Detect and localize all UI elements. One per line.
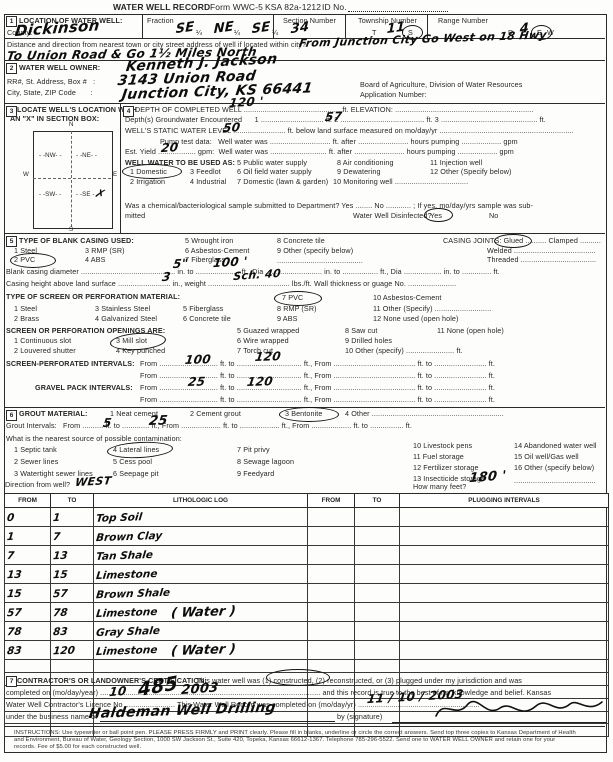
screen-interval-line-2: From ............................ ft. to…	[140, 372, 495, 380]
gravel-interval-line-1: From ............................ ft. to…	[140, 384, 495, 392]
contamination-option: 6 Seepage pit	[113, 470, 159, 478]
divider	[4, 60, 605, 61]
used-option: 4 Industrial	[190, 178, 226, 186]
casing-option: 4 ABS	[85, 256, 105, 264]
grout-option: 1 Neat cement	[110, 410, 158, 418]
casing-diameter-line: Blank casing diameter ..................…	[6, 268, 500, 276]
log-to: 1	[52, 513, 60, 523]
log-header-lithologic: LITHOLOGIC LOG	[94, 494, 308, 508]
gravel-interval-line-2: From ............................ ft. to…	[140, 396, 495, 404]
compass-w: W	[23, 172, 29, 179]
signature-label: by (signature)	[337, 713, 382, 721]
pump-test-line: Pump test data: Well water was .........…	[160, 138, 518, 146]
compass-e: E	[113, 172, 117, 179]
section-box-vertical	[71, 131, 72, 227]
owner-city-label: City, State, ZIP Code :	[7, 89, 93, 97]
screen-option: 1 Steel	[14, 305, 37, 313]
owner-address-label: RR#, St. Address, Box # :	[7, 78, 95, 86]
screen-option: 10 Asbestos-Cement	[373, 294, 442, 302]
divider	[4, 233, 605, 234]
section-7-number: 7	[6, 676, 17, 687]
screen-option: 12 None used (open hole)	[373, 315, 459, 323]
section-2-number: 2	[6, 63, 17, 74]
opening-option: 10 Other (specify) .....................…	[345, 347, 463, 355]
form-number: Form WWC-5	[210, 3, 263, 12]
divider	[4, 407, 605, 408]
board-of-agriculture-label: Board of Agriculture, Division of Water …	[360, 81, 522, 89]
screen-interval-line-1: From ............................ ft. to…	[140, 360, 495, 368]
id-no-label: ID No.	[322, 3, 347, 12]
log-desc: Limestone	[95, 569, 157, 581]
opening-option: 6 Wire wrapped	[237, 337, 289, 345]
log-note: ( Water )	[171, 607, 237, 619]
contamination-option: 14 Abandoned water well	[514, 442, 597, 450]
log-row: 1557Brown Shale	[5, 584, 609, 603]
divider	[427, 14, 428, 38]
range-w: W	[547, 29, 554, 37]
screen-option: 7 PVC	[282, 294, 303, 302]
township-s: S	[408, 29, 413, 37]
log-to: 57	[52, 589, 68, 600]
range-e: E	[537, 29, 542, 37]
log-row: 83120Limestone( Water )	[5, 641, 609, 660]
section-6-number: 6	[6, 410, 17, 421]
contamination-option: 11 Fuel storage	[413, 453, 464, 461]
casing-option: 5 Wrought iron	[185, 237, 233, 245]
log-note: ( Water )	[171, 645, 237, 657]
log-row: 01Top Soil	[5, 508, 609, 527]
log-header-from: FROM	[5, 494, 51, 508]
quadrant-ne: - -NE- -	[76, 153, 97, 160]
county-label: County:	[7, 29, 32, 37]
quarter-mark: ¼	[196, 29, 202, 37]
certification-line-1: This water well was (1) constructed, (2)…	[196, 677, 522, 685]
quarter-mark: ¼	[272, 29, 278, 37]
log-from: 78	[6, 627, 22, 638]
log-desc: Brown Shale	[95, 588, 170, 601]
section-box	[33, 131, 113, 229]
log-row	[5, 660, 609, 673]
section-number-label: Section Number	[283, 17, 336, 25]
opening-option: 1 Continuous slot	[14, 337, 71, 345]
sample-question-wrap: mitted	[125, 212, 145, 220]
s3-heading-2: AN "X" IN SECTION BOX:	[10, 115, 99, 123]
screen-option: 3 Stainless Steel	[95, 305, 150, 313]
compass-s: S	[69, 227, 73, 234]
casing-height-line: Casing height above land surface .......…	[6, 280, 456, 288]
used-option: 9 Dewatering	[337, 168, 381, 176]
water-well-record-form: WATER WELL RECORD Form WWC-5 KSA 82a-121…	[0, 0, 613, 762]
divider	[345, 14, 346, 38]
screen-option: 2 Brass	[14, 315, 39, 323]
opening-option: 3 Mill slot	[116, 337, 147, 345]
range-number-label: Range Number	[438, 17, 488, 25]
casing-option: 9 Other (specify below)	[277, 247, 353, 255]
screen-intervals-heading: SCREEN-PERFORATED INTERVALS:	[6, 360, 135, 368]
log-header-to: TO	[51, 494, 94, 508]
casing-option: 6 Asbestos-Cement	[185, 247, 249, 255]
gravel-intervals-heading: GRAVEL PACK INTERVALS:	[35, 384, 133, 392]
quarter-mark: ¼	[234, 29, 240, 37]
casing-joints-welded: Welded .................................…	[487, 247, 596, 255]
log-from: 7	[6, 551, 14, 561]
application-number-label: Application Number:	[360, 91, 427, 99]
disinfected-no: No	[489, 212, 498, 220]
log-desc: Top Soil	[95, 512, 142, 524]
used-as-heading: WELL WATER TO BE USED AS:	[125, 159, 235, 167]
log-row: 1315Limestone	[5, 565, 609, 584]
owner-heading: WATER WELL OWNER:	[19, 64, 100, 72]
instructions-line-2: and Environment, Bureau of Water, Geolog…	[14, 737, 555, 743]
divider	[4, 38, 605, 39]
contamination-option: 3 Watertight sewer lines	[14, 470, 93, 478]
depth-completed-line: DEPTH OF COMPLETED WELL ................…	[135, 106, 533, 114]
used-option: 7 Domestic (lawn & garden)	[237, 178, 328, 186]
log-desc: Brown Clay	[95, 531, 162, 543]
casing-heading: TYPE OF BLANK CASING USED:	[19, 237, 134, 245]
screen-option: 5 Fiberglass	[183, 305, 223, 313]
disinfected-yes: Yes	[430, 212, 442, 220]
fraction-label: Fraction	[147, 17, 174, 25]
log-to: 78	[52, 608, 68, 619]
log-from: 0	[6, 513, 14, 523]
log-row: 5778Limestone( Water )	[5, 603, 609, 622]
contamination-option: 8 Sewage lagoon	[237, 458, 294, 466]
log-from: 15	[6, 589, 22, 600]
used-option: 3 Feedlot	[190, 168, 221, 176]
opening-option: 4 Key punched	[116, 347, 165, 355]
contamination-option: 5 Cess pool	[113, 458, 152, 466]
log-to: 83	[52, 627, 68, 638]
log-desc: Limestone	[95, 645, 157, 657]
form-title: WATER WELL RECORD	[113, 3, 210, 12]
grout-intervals-line: Grout Intervals: From .......... ft. to …	[6, 422, 412, 430]
id-no-blank	[348, 11, 448, 12]
used-option: 2 Irrigation	[130, 178, 165, 186]
used-option: 12 Other (Specify below)	[430, 168, 512, 176]
used-option: 10 Monitoring well .....................…	[333, 178, 468, 186]
grout-heading: GROUT MATERIAL:	[19, 410, 87, 418]
contamination-option: 4 Lateral lines	[113, 446, 159, 454]
opening-option: 11 None (open hole)	[437, 327, 504, 335]
certification-line-3: Water Well Contractor's Licence No .....…	[6, 701, 480, 709]
contamination-option: 2 Sewer lines	[14, 458, 58, 466]
quadrant-se: - -SE -	[76, 192, 95, 199]
sample-question: Was a chemical/bacteriological sample su…	[125, 202, 533, 210]
contamination-question: What is the nearest source of possible c…	[6, 435, 182, 443]
openings-heading: SCREEN OR PERFORATION OPENINGS ARE:	[6, 327, 165, 335]
plug-header-to: TO	[355, 494, 400, 508]
log-from: 13	[6, 570, 22, 581]
screen-material-heading: TYPE OF SCREEN OR PERFORATION MATERIAL:	[6, 293, 180, 301]
casing-other-blank: ........................................…	[277, 257, 363, 265]
s3-heading-1: LOCATE WELL'S LOCATION WITH	[17, 106, 137, 114]
screen-option: 6 Concrete tile	[183, 315, 231, 323]
used-option: 11 Injection well	[430, 159, 482, 167]
grout-option: 3 Bentonite	[285, 410, 322, 418]
divider	[4, 103, 605, 104]
log-to: 13	[52, 551, 68, 562]
log-from: 83	[6, 646, 22, 657]
opening-option: 8 Saw cut	[345, 327, 377, 335]
log-to: 120	[52, 646, 75, 657]
log-desc: Gray Shale	[95, 626, 160, 638]
log-to: 15	[52, 570, 68, 581]
log-to: 7	[52, 532, 60, 542]
log-row: 7883Gray Shale	[5, 622, 609, 641]
quadrant-nw: - -NW- -	[39, 153, 62, 160]
contamination-option: 10 Livestock pens	[413, 442, 472, 450]
groundwater-line: Depth(s) Groundwater Encountered 1 .....…	[125, 116, 546, 124]
township-number-label: Township Number	[358, 17, 417, 25]
used-option: 5 Public water supply	[237, 159, 307, 167]
log-from: 1	[6, 532, 14, 542]
casing-option: 2 PVC	[14, 256, 35, 264]
used-option: 8 Air conditioning	[337, 159, 394, 167]
casing-joints-line: CASING JOINTS: Glued .......... Clamped …	[443, 237, 601, 245]
section-box-horizontal	[33, 178, 111, 179]
signature-scribble	[430, 694, 608, 724]
opening-option: 9 Drilled holes	[345, 337, 392, 345]
contamination-option: 7 Pit privy	[237, 446, 270, 454]
how-many-feet-label: How many feet?	[413, 483, 466, 491]
screen-option: 11 Other (Specify) .....................…	[373, 305, 491, 313]
contamination-option: 1 Septic tank	[14, 446, 57, 454]
business-name-blank	[100, 721, 335, 722]
screen-option: 9 ABS	[277, 315, 297, 323]
contamination-option: 12 Fertilizer storage	[413, 464, 479, 472]
disinfected-label: Water Well Disinfected?	[353, 212, 432, 220]
est-yield-line: Est. Yield .................. gpm: Well …	[125, 148, 514, 156]
contamination-option: 9 Feedyard	[237, 470, 274, 478]
compass-n: N	[69, 122, 74, 129]
opening-option: 2 Louvered shutter	[14, 347, 76, 355]
contamination-other-blank: .......................................	[514, 477, 596, 485]
township-t: T	[372, 29, 377, 37]
casing-option: 3 RMP (SR)	[85, 247, 125, 255]
log-from: 57	[6, 608, 22, 619]
range-r: R	[508, 29, 513, 37]
grout-option: 2 Cement grout	[190, 410, 241, 418]
opening-option: 7 Torch cut	[237, 347, 273, 355]
distance-question: Distance and direction from nearest town…	[7, 41, 306, 49]
casing-option: 8 Concrete tile	[277, 237, 325, 245]
contamination-option: 16 Other (specify below)	[514, 464, 594, 472]
grout-option: 4 Other ................................…	[345, 410, 504, 418]
used-option: 1 Domestic	[130, 168, 167, 176]
screen-option: 4 Galvanized Steel	[95, 315, 157, 323]
used-option: 6 Oil field water supply	[237, 168, 312, 176]
log-row: 713Tan Shale	[5, 546, 609, 565]
casing-option: 1 Steel	[14, 247, 37, 255]
instructions-line-1: INSTRUCTIONS: Use typewriter or ball poi…	[14, 730, 576, 736]
instructions-line-3: records. Fee of $5.00 for each construct…	[14, 744, 141, 750]
casing-option: 7 Fiberglass	[185, 256, 225, 264]
certification-heading: CONTRACTOR'S OR LANDOWNER'S CERTIFICATIO…	[17, 677, 207, 685]
form-statute: KSA 82a-1212	[265, 3, 321, 12]
contamination-option: 15 Oil well/Gas well	[514, 453, 579, 461]
plug-header-from: FROM	[308, 494, 355, 508]
log-desc: Limestone	[95, 607, 157, 619]
business-name-label: under the business name of	[6, 713, 97, 721]
divider	[120, 103, 121, 233]
divider	[142, 14, 143, 38]
screen-option: 8 RMP (SR)	[277, 305, 317, 313]
opening-option: 5 Guazed wrapped	[237, 327, 299, 335]
section-1-number: 1	[6, 16, 17, 27]
log-row: 17Brown Clay	[5, 527, 609, 546]
static-level-line: WELL'S STATIC WATER LEVEL ..............…	[125, 127, 574, 135]
plug-header-intervals: PLUGGING INTERVALS	[400, 494, 609, 508]
casing-joints-threaded: Threaded ...............................…	[487, 256, 596, 264]
quadrant-sw: - -SW- -	[39, 192, 61, 199]
direction-from-well-label: Direction from well?	[5, 481, 70, 489]
log-desc: Tan Shale	[95, 550, 153, 562]
s1-heading: LOCATION OF WATER WELL:	[19, 17, 122, 25]
